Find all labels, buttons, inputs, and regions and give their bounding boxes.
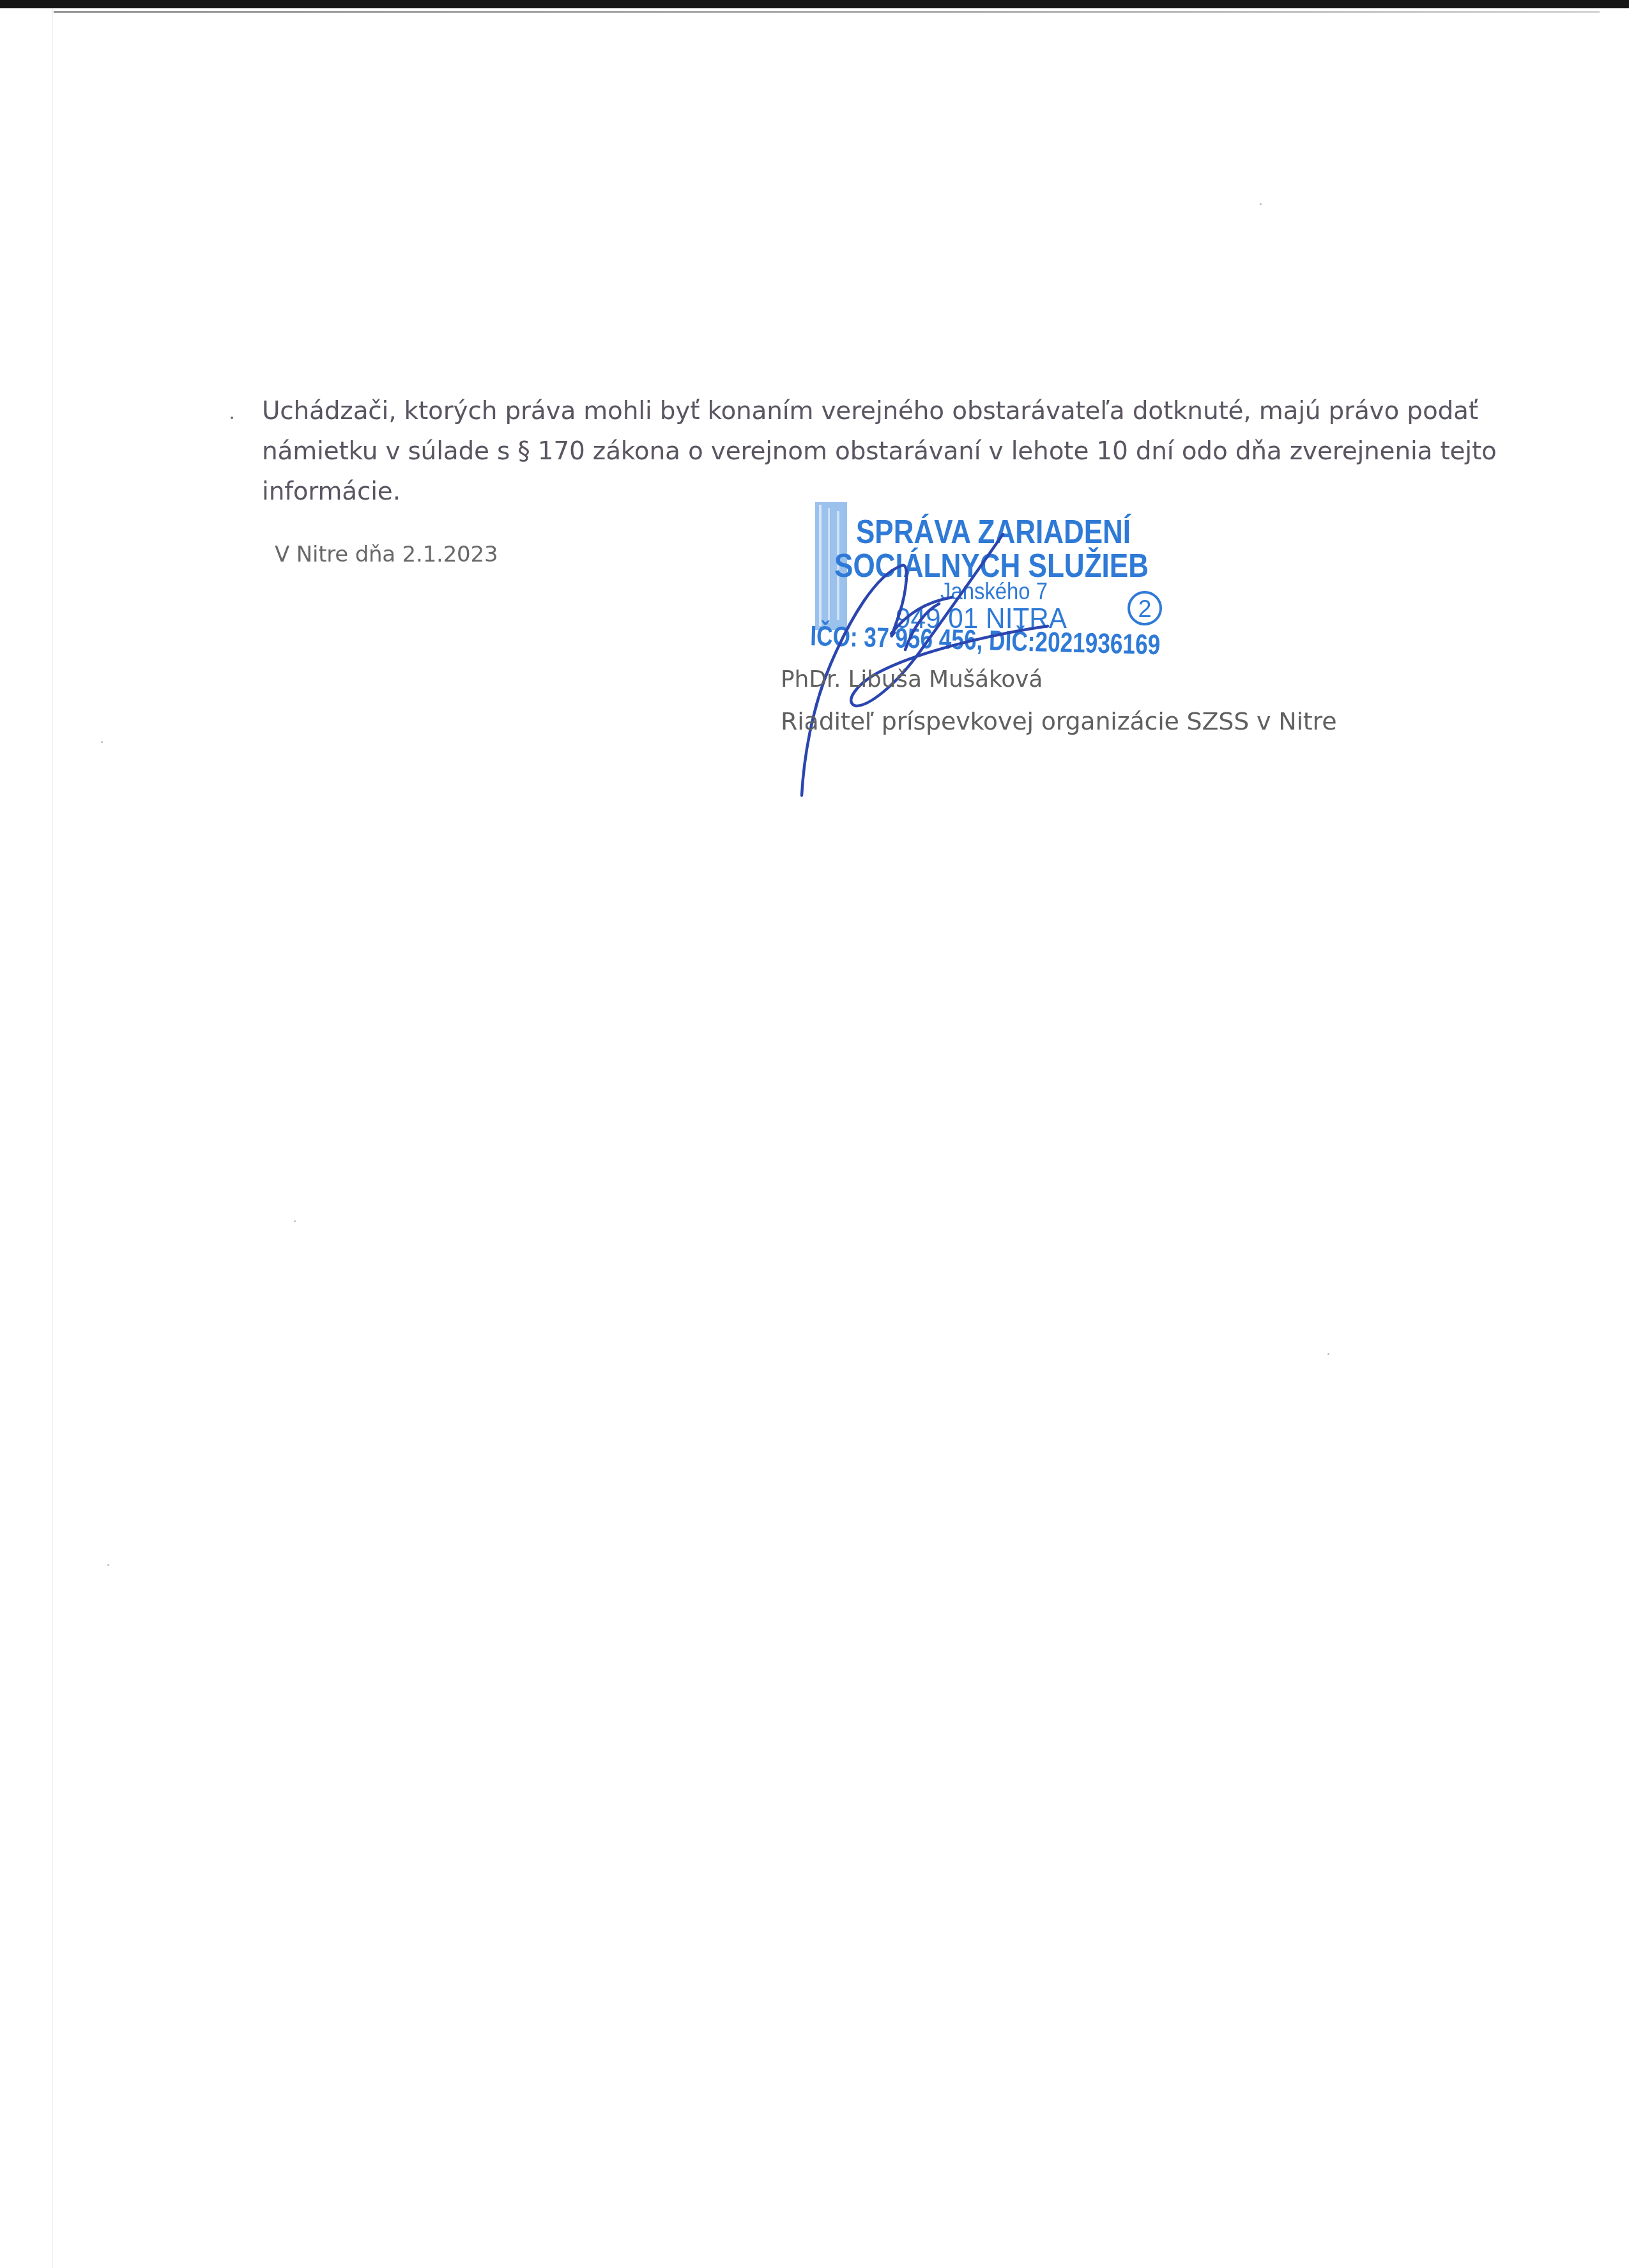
page-top-edge: [54, 11, 1600, 13]
stamp-line2: SOCIÁLNYCH SLUŽIEB: [834, 547, 1149, 585]
handwritten-signature: [802, 534, 1048, 795]
paragraph-line: Uchádzači, ktorých práva mohli byť konan…: [262, 391, 1468, 431]
stamp-line1: SPRÁVA ZARIADENÍ: [856, 514, 1131, 551]
place-date: V Nitre dňa 2.1.2023: [275, 542, 498, 567]
signatory-name: PhDr. Libuša Mušáková: [781, 666, 1043, 693]
scan-border-top: [0, 0, 1629, 8]
scan-speck: [294, 1220, 296, 1222]
signatory-title: Riaditeľ príspevkovej organizácie SZSS v…: [781, 707, 1336, 735]
stamp-street: Janského 7: [940, 578, 1048, 604]
stamp-ids: IČO: 37 956 456, DIČ:2021936169: [810, 619, 1161, 661]
stamp-city: 949 01 NITRA: [896, 603, 1067, 634]
scan-speck: [1260, 203, 1262, 205]
scan-speck: [1327, 1353, 1329, 1355]
scan-speck: [107, 1564, 109, 1566]
stamp-left-bar: [815, 502, 847, 630]
organization-stamp: SPRÁVA ZARIADENÍ SOCIÁLNYCH SLUŽIEB Jans…: [0, 0, 1629, 2268]
stamp-number: 2: [1138, 596, 1151, 623]
scan-speck: [101, 741, 103, 743]
paragraph-line: námietku v súlade s § 170 zákona o verej…: [262, 431, 1468, 471]
objection-notice-paragraph: Uchádzači, ktorých práva mohli byť konan…: [262, 391, 1468, 512]
paragraph-line: informácie.: [262, 471, 1468, 512]
page-left-edge: [52, 8, 53, 2268]
stamp-number-circle: [1129, 592, 1161, 624]
bullet-dot: [231, 417, 233, 419]
